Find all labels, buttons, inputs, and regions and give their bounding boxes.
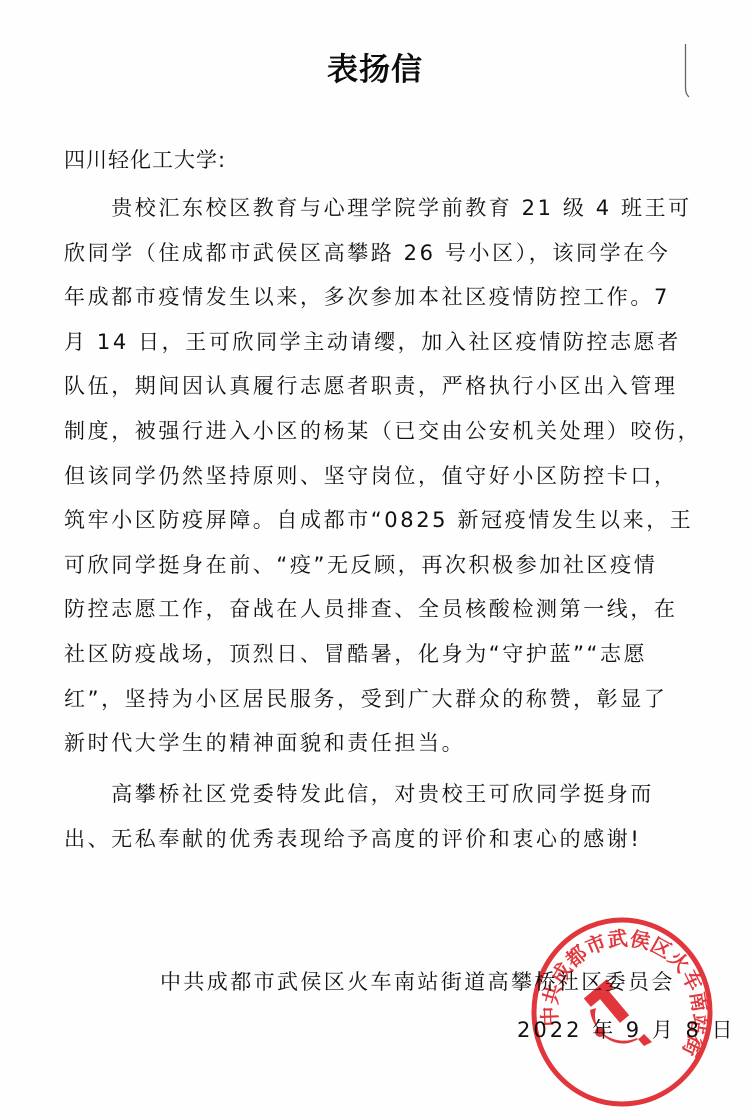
paragraph-line: 防控志愿工作，奋战在人员排查、全员核酸检测第一线，在 (64, 587, 696, 632)
paragraph-line: 年成都市疫情发生以来，多次参加本社区疫情防控工作。7 (64, 275, 696, 320)
paragraph-line: 制度，被强行进入小区的杨某（已交由公安机关处理）咬伤， (64, 409, 696, 454)
seal-ring-text: 中共成都市武侯区火车南站街道高攀桥社区委员会 (528, 916, 712, 1060)
paragraph-line: 新时代大学生的精神面貌和责任担当。 (64, 721, 696, 766)
body-paragraph-1: 贵校汇东校区教育与心理学院学前教育 21 级 4 班王可 欣同学（住成都市武侯区… (64, 186, 696, 766)
paragraph-line: 欣同学（住成都市武侯区高攀路 26 号小区），该同学在今 (64, 231, 696, 276)
paragraph-line: 队伍，期间因认真履行志愿者职责，严格执行小区出入管理 (64, 364, 696, 409)
paragraph-line: 可欣同学挺身在前、“疫”无反顾，再次积极参加社区疫情 (64, 543, 696, 588)
paragraph-line: 红”，坚持为小区居民服务，受到广大群众的称赞，彰显了 (64, 677, 696, 722)
official-seal-stamp-icon: 中共成都市武侯区火车南站街道高攀桥社区委员会 (528, 916, 716, 1108)
salutation: 四川轻化工大学: (64, 144, 226, 174)
paragraph-line: 出、无私奉献的优秀表现给予高度的评价和衷心的感谢! (64, 817, 696, 862)
hammer-sickle-emblem-icon (584, 979, 652, 1046)
paragraph-line: 筑牢小区防疫屏障。自成都市“0825 新冠疫情发生以来，王 (64, 498, 696, 543)
paragraph-line: 贵校汇东校区教育与心理学院学前教育 21 级 4 班王可 (64, 186, 696, 231)
paragraph-line: 社区防疫战场，顶烈日、冒酷暑，化身为“守护蓝”“志愿 (64, 632, 696, 677)
svg-text:中共成都市武侯区火车南站街道高攀桥社区委员会: 中共成都市武侯区火车南站街道高攀桥社区委员会 (528, 916, 712, 1060)
paragraph-line: 高攀桥社区党委特发此信，对贵校王可欣同学挺身而 (64, 772, 696, 817)
scan-artifact-mark (684, 44, 690, 100)
letter-title: 表扬信 (0, 44, 750, 89)
paragraph-line: 但该同学仍然坚持原则、坚守岗位，值守好小区防控卡口， (64, 454, 696, 499)
body-paragraph-2: 高攀桥社区党委特发此信，对贵校王可欣同学挺身而 出、无私奉献的优秀表现给予高度的… (64, 772, 696, 861)
letter-page: 表扬信 四川轻化工大学: 贵校汇东校区教育与心理学院学前教育 21 级 4 班王… (0, 0, 750, 1118)
paragraph-line: 月 14 日，王可欣同学主动请缨，加入社区疫情防控志愿者 (64, 320, 696, 365)
